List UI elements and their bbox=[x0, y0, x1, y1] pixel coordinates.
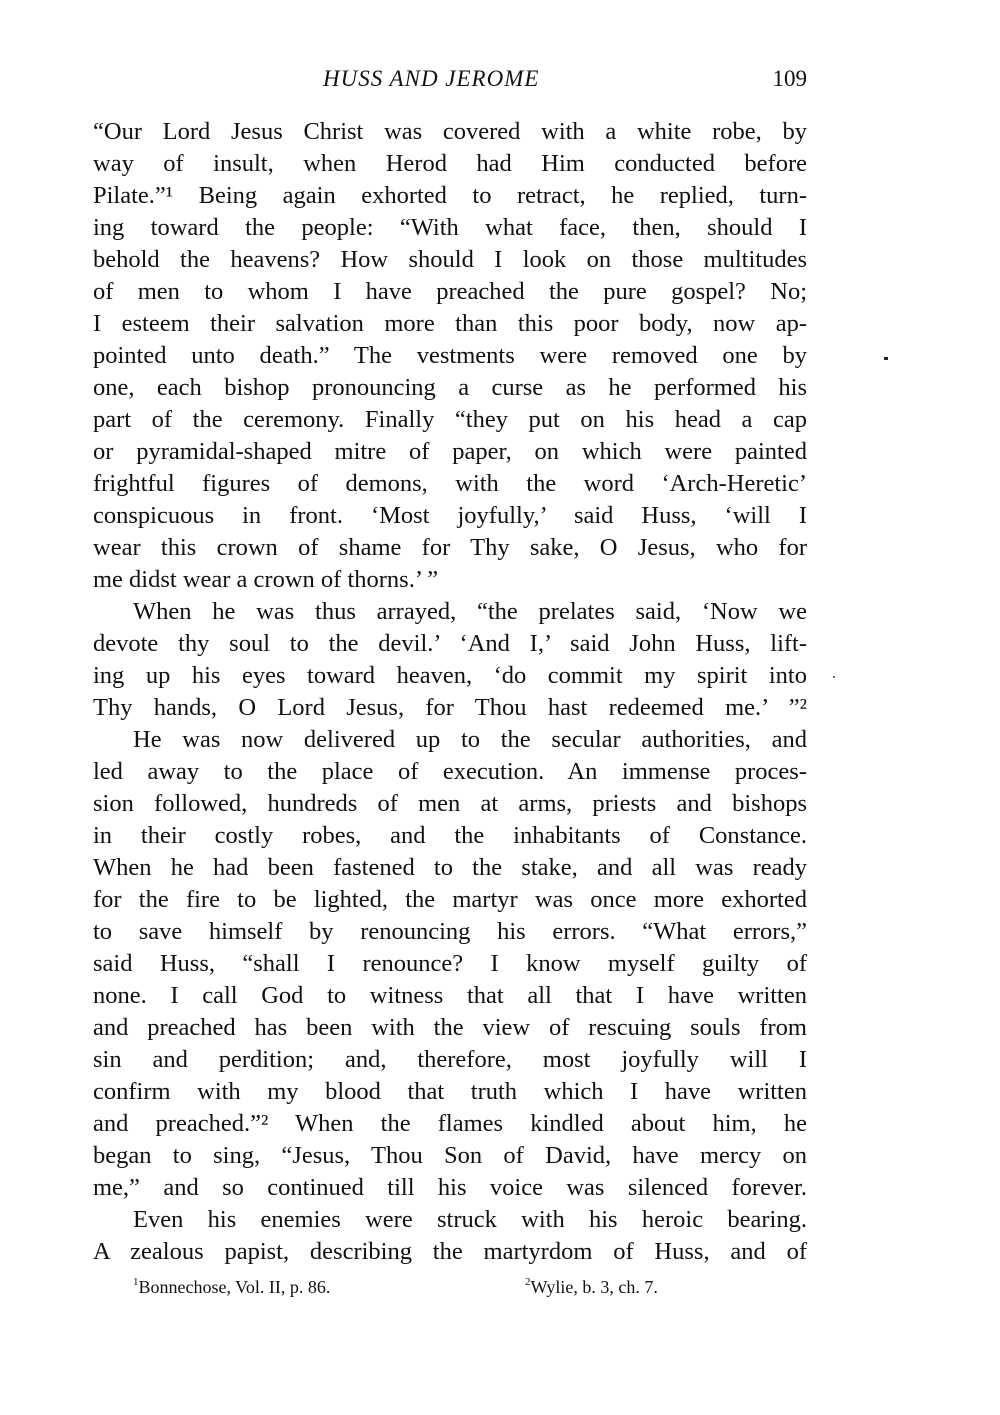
scan-speck bbox=[833, 676, 835, 678]
text-line: one, each bishop pronouncing a curse as … bbox=[93, 372, 807, 404]
footnote-1: 1Bonnechose, Vol. II, p. 86. bbox=[133, 1276, 330, 1298]
text-line: in their costly robes, and the inhabitan… bbox=[93, 820, 807, 852]
text-line: Thy hands, O Lord Jesus, for Thou hast r… bbox=[93, 692, 807, 724]
text-line: or pyramidal-shaped mitre of paper, on w… bbox=[93, 436, 807, 468]
body-text: “Our Lord Jesus Christ was covered with … bbox=[93, 116, 807, 1268]
paragraph: “Our Lord Jesus Christ was covered with … bbox=[93, 116, 807, 596]
paragraph: Even his enemies were struck with his he… bbox=[93, 1204, 807, 1268]
text-line: to save himself by renouncing his errors… bbox=[93, 916, 807, 948]
text-line: ing up his eyes toward heaven, ‘do commi… bbox=[93, 660, 807, 692]
text-line: confirm with my blood that truth which I… bbox=[93, 1076, 807, 1108]
footnote-text: Bonnechose, Vol. II, p. 86. bbox=[139, 1277, 331, 1297]
text-line: led away to the place of execution. An i… bbox=[93, 756, 807, 788]
text-line: Pilate.”¹ Being again exhorted to retrac… bbox=[93, 180, 807, 212]
book-page: HUSS AND JEROME 109 “Our Lord Jesus Chri… bbox=[0, 0, 1000, 1415]
paragraph: When he was thus arrayed, “the prelates … bbox=[93, 596, 807, 724]
text-line: pointed unto death.” The vestments were … bbox=[93, 340, 807, 372]
text-line: “Our Lord Jesus Christ was covered with … bbox=[93, 116, 807, 148]
running-title: HUSS AND JEROME bbox=[323, 66, 539, 92]
text-line: and preached has been with the view of r… bbox=[93, 1012, 807, 1044]
text-line: devote thy soul to the devil.’ ‘And I,’ … bbox=[93, 628, 807, 660]
footnote-text: Wylie, b. 3, ch. 7. bbox=[531, 1277, 658, 1297]
text-line: Even his enemies were struck with his he… bbox=[93, 1204, 807, 1236]
footnotes: 1Bonnechose, Vol. II, p. 86. 2Wylie, b. … bbox=[93, 1276, 807, 1304]
footnote-2: 2Wylie, b. 3, ch. 7. bbox=[525, 1276, 658, 1298]
text-line: said Huss, “shall I renounce? I know mys… bbox=[93, 948, 807, 980]
text-line: for the fire to be lighted, the martyr w… bbox=[93, 884, 807, 916]
text-line: none. I call God to witness that all tha… bbox=[93, 980, 807, 1012]
text-line: me,” and so continued till his voice was… bbox=[93, 1172, 807, 1204]
text-line: I esteem their salvation more than this … bbox=[93, 308, 807, 340]
text-line: When he was thus arrayed, “the prelates … bbox=[93, 596, 807, 628]
text-line: He was now delivered up to the secular a… bbox=[93, 724, 807, 756]
text-line: sion followed, hundreds of men at arms, … bbox=[93, 788, 807, 820]
text-line: When he had been fastened to the stake, … bbox=[93, 852, 807, 884]
text-line: and preached.”² When the flames kindled … bbox=[93, 1108, 807, 1140]
page-number: 109 bbox=[773, 66, 808, 92]
text-line: A zealous papist, describing the martyrd… bbox=[93, 1236, 807, 1268]
text-line: me didst wear a crown of thorns.’ ” bbox=[93, 564, 807, 596]
text-line: wear this crown of shame for Thy sake, O… bbox=[93, 532, 807, 564]
text-line: part of the ceremony. Finally “they put … bbox=[93, 404, 807, 436]
text-line: way of insult, when Herod had Him conduc… bbox=[93, 148, 807, 180]
text-line: began to sing, “Jesus, Thou Son of David… bbox=[93, 1140, 807, 1172]
paragraph: He was now delivered up to the secular a… bbox=[93, 724, 807, 1204]
text-line: behold the heavens? How should I look on… bbox=[93, 244, 807, 276]
text-line: conspicuous in front. ‘Most joyfully,’ s… bbox=[93, 500, 807, 532]
text-line: of men to whom I have preached the pure … bbox=[93, 276, 807, 308]
scan-speck bbox=[884, 357, 888, 360]
running-head: HUSS AND JEROME 109 bbox=[93, 66, 807, 100]
text-line: frightful figures of demons, with the wo… bbox=[93, 468, 807, 500]
text-line: sin and perdition; and, therefore, most … bbox=[93, 1044, 807, 1076]
text-line: ing toward the people: “With what face, … bbox=[93, 212, 807, 244]
